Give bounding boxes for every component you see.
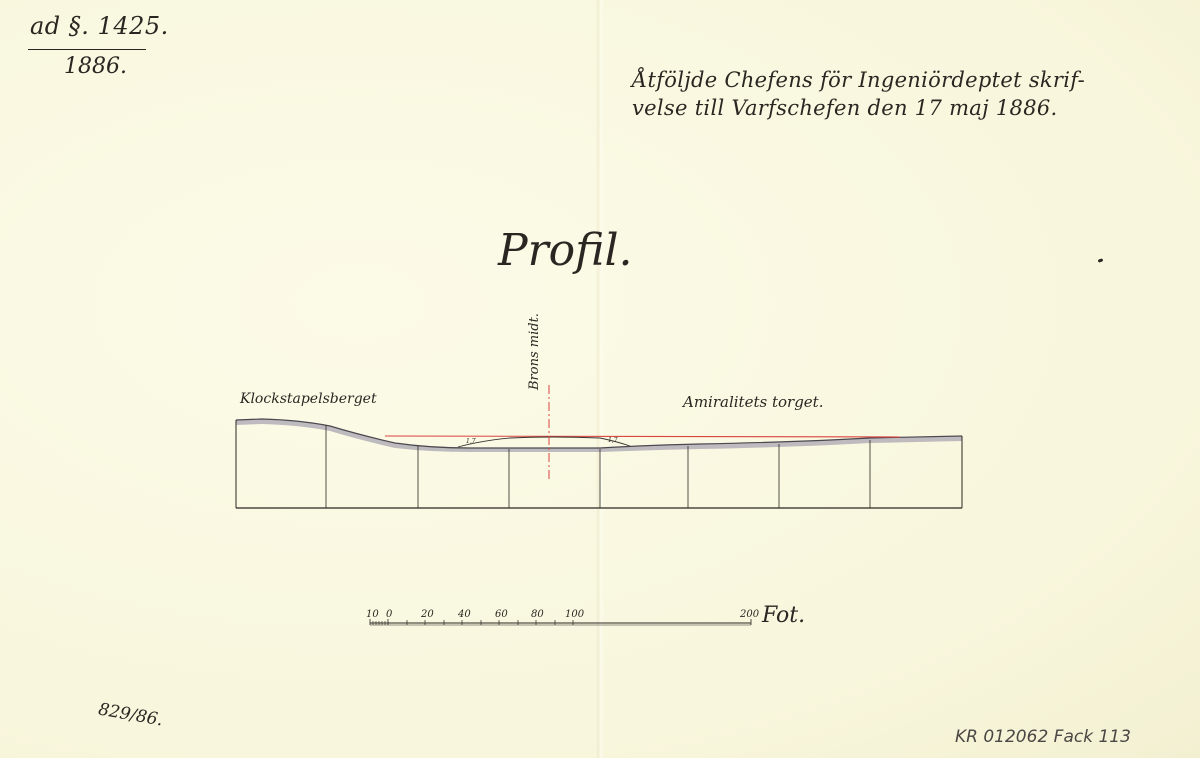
- scale-tick-label: 100: [565, 609, 585, 620]
- scale-tick-label: 0: [386, 609, 393, 620]
- mark-right: 1,7: [608, 437, 618, 444]
- mark-left: 1,7: [466, 438, 476, 445]
- archive-stamp: KR 012062 Fack 113: [955, 727, 1131, 747]
- scale-tick-label: 60: [495, 609, 508, 620]
- scale-tick-label: 10: [366, 609, 379, 620]
- label-bridge-center: Brons midt.: [527, 313, 542, 390]
- bridge-hump: [458, 437, 630, 447]
- red-level-line: [385, 436, 900, 437]
- ground-shade: [236, 419, 962, 452]
- scale-tick-label: 200: [739, 609, 760, 620]
- label-klockstapelsberget: Klockstapelsberget: [240, 391, 377, 407]
- scale-tick-label: 80: [531, 609, 544, 620]
- label-amiralitets-torget: Amiralitets torget.: [683, 393, 823, 411]
- scale-bar: 10 0 20 40 60 80 100 200: [366, 609, 760, 625]
- scale-unit: Fot.: [762, 603, 805, 628]
- profile-drawing: 1,7 1,7 10 0 20 40 60 80: [0, 0, 1200, 758]
- scale-tick-label: 40: [457, 609, 471, 620]
- scale-tick-label: 20: [420, 609, 434, 620]
